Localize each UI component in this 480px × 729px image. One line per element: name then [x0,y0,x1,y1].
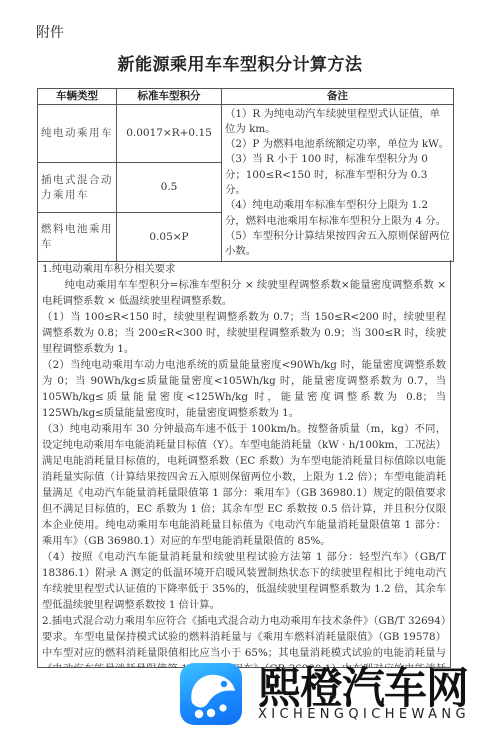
section-1-title: 1.纯电动乘用车积分相关要求 [42,261,446,277]
watermark-pinyin: XICHENGQICHEWANG [258,707,470,722]
standard-score-cell: 0.0017×R+0.15 [117,105,222,163]
standard-score-cell: 0.5 [117,163,222,213]
section-1-formula: 纯电动乘用车车型积分=标准车型积分 × 续驶里程调整系数×能量密度调整系数 × … [42,277,446,309]
column-header-standard-score: 标准车型积分 [117,89,222,105]
vehicle-type-cell: 插电式混合动力乘用车 [38,163,117,213]
section-1-item-4: （4）按照《电动汽车能量消耗量和续驶里程试验方法第 1 部分：轻型汽车》（GB/… [42,549,446,613]
vehicle-type-cell: 燃料电池乘用车 [38,213,117,262]
column-header-vehicle-type: 车辆类型 [38,89,117,105]
document-title: 新能源乘用车车型积分计算方法 [0,50,480,75]
attachment-label: 附件 [36,22,64,42]
vehicle-type-cell: 纯电动乘用车 [38,105,117,163]
standard-score-cell: 0.05×P [117,213,222,262]
note-item: （5）车型积分计算结果按四舍五入原则保留两位小数。 [225,229,450,260]
vehicle-score-table: 车辆类型 标准车型积分 备注 纯电动乘用车 0.0017×R+0.15 （1）R… [37,88,454,262]
section-1-item-3: （3）纯电动乘用车 30 分钟最高车速不低于 100km/h。按整备质量（m，k… [42,421,446,549]
requirements-text-box: 1.纯电动乘用车积分相关要求 纯电动乘用车车型积分=标准车型积分 × 续驶里程调… [37,260,451,668]
note-item: （3）当 R 小于 100 时，标准车型积分为 0 分；100≤R<150 时，… [225,152,450,198]
section-1-item-1: （1）当 100≤R<150 时，续驶里程调整系数为 0.7；当 150≤R<2… [42,309,446,357]
column-header-notes: 备注 [222,89,454,105]
notes-cell: （1）R 为纯电动汽车续驶里程型式认证值，单位为 km。 （2）P 为燃料电池系… [222,105,454,262]
section-1-item-2: （2）当纯电动乘用车动力电池系统的质量能量密度<90Wh/kg 时，能量密度调整… [42,357,446,421]
table-header-row: 车辆类型 标准车型积分 备注 [38,89,454,105]
note-item: （4）纯电动乘用车标准车型积分上限为 1.2 分，燃料电池乘用车标准车型积分上限… [225,198,450,229]
fish-logo-icon [180,663,242,725]
note-item: （1）R 为纯电动汽车续驶里程型式认证值，单位为 km。 [225,107,450,138]
table-row: 纯电动乘用车 0.0017×R+0.15 （1）R 为纯电动汽车续驶里程型式认证… [38,105,454,163]
note-item: （2）P 为燃料电池系统额定功率，单位为 kW。 [225,137,450,152]
